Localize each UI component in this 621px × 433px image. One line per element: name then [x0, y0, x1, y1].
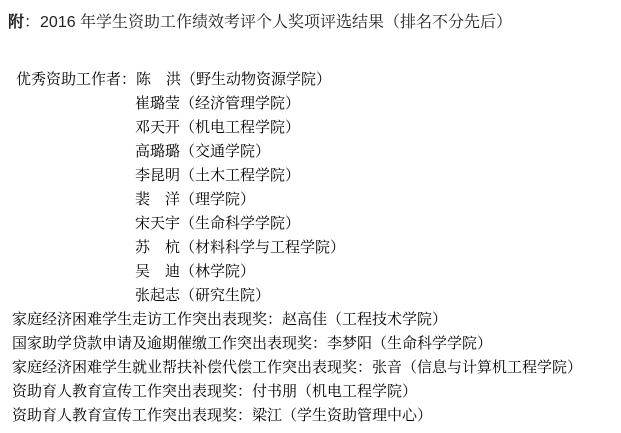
award-row: 家庭经济困难学生就业帮扶补偿代偿工作突出表现奖：张音（信息与计算机工程学院）: [0, 356, 621, 380]
excellent-worker-row: 张起志（研究生院）: [0, 284, 621, 308]
award-list: 优秀资助工作者：陈 洪（野生动物资源学院） 崔璐莹（经济管理学院） 邓天开（机电…: [0, 68, 621, 428]
winner-name: 苏 杭: [135, 240, 180, 256]
excellent-worker-row: 优秀资助工作者：陈 洪（野生动物资源学院）: [0, 68, 621, 92]
winner-name: 李梦阳: [327, 336, 372, 352]
winner-college: （生命科学学院）: [372, 336, 492, 352]
award-row: 家庭经济困难学生走访工作突出表现奖：赵高佳（工程技术学院）: [0, 308, 621, 332]
winner-college: （研究生院）: [180, 288, 270, 304]
winner-name: 赵高佳: [282, 312, 327, 328]
winner-name: 宋天宇: [135, 216, 180, 232]
winner-name: 付书朋: [252, 384, 297, 400]
section-label: 优秀资助工作者：: [16, 72, 136, 88]
excellent-worker-row: 李昆明（土木工程学院）: [0, 164, 621, 188]
winner-college: （机电工程学院）: [180, 120, 300, 136]
excellent-worker-row: 苏 杭（材料科学与工程学院）: [0, 236, 621, 260]
excellent-worker-row: 崔璐莹（经济管理学院）: [0, 92, 621, 116]
winner-name: 陈 洪: [136, 72, 181, 88]
winner-college: （信息与计算机工程学院）: [402, 360, 582, 376]
winner-college: （生命科学学院）: [180, 216, 300, 232]
award-label: 家庭经济困难学生走访工作突出表现奖：: [12, 312, 282, 328]
winner-college: （交通学院）: [180, 144, 270, 160]
title-text: ：2016 年学生资助工作绩效考评个人奖项评选结果（排名不分先后）: [24, 14, 512, 31]
award-row: 国家助学贷款申请及逾期催缴工作突出表现奖：李梦阳（生命科学学院）: [0, 332, 621, 356]
excellent-worker-row: 高璐璐（交通学院）: [0, 140, 621, 164]
excellent-worker-row: 宋天宇（生命科学学院）: [0, 212, 621, 236]
winner-college: （机电工程学院）: [297, 384, 417, 400]
title-prefix: 附: [8, 14, 24, 31]
award-label: 资助育人教育宣传工作突出表现奖：: [12, 384, 252, 400]
winner-name: 张音: [372, 360, 402, 376]
winner-college: （土木工程学院）: [180, 168, 300, 184]
winner-name: 吴 迪: [135, 264, 180, 280]
winner-name: 邓天开: [135, 120, 180, 136]
winner-college: （学生资助管理中心）: [282, 408, 432, 424]
winner-college: （理学院）: [180, 192, 255, 208]
winner-college: （经济管理学院）: [180, 96, 300, 112]
winner-name: 裴 洋: [135, 192, 180, 208]
award-row: 资助育人教育宣传工作突出表现奖：梁江（学生资助管理中心）: [0, 404, 621, 428]
award-label: 家庭经济困难学生就业帮扶补偿代偿工作突出表现奖：: [12, 360, 372, 376]
winner-college: （野生动物资源学院）: [181, 72, 331, 88]
award-label: 资助育人教育宣传工作突出表现奖：: [12, 408, 252, 424]
winner-college: （材料科学与工程学院）: [180, 240, 345, 256]
winner-name: 张起志: [135, 288, 180, 304]
winner-name: 梁江: [252, 408, 282, 424]
winner-college: （工程技术学院）: [327, 312, 447, 328]
excellent-worker-row: 吴 迪（林学院）: [0, 260, 621, 284]
winner-college: （林学院）: [180, 264, 255, 280]
excellent-worker-row: 邓天开（机电工程学院）: [0, 116, 621, 140]
excellent-worker-row: 裴 洋（理学院）: [0, 188, 621, 212]
page-title: 附：2016 年学生资助工作绩效考评个人奖项评选结果（排名不分先后）: [0, 0, 621, 34]
award-label: 国家助学贷款申请及逾期催缴工作突出表现奖：: [12, 336, 327, 352]
document-page: 附：2016 年学生资助工作绩效考评个人奖项评选结果（排名不分先后） 优秀资助工…: [0, 0, 621, 433]
winner-name: 崔璐莹: [135, 96, 180, 112]
winner-name: 高璐璐: [135, 144, 180, 160]
winner-name: 李昆明: [135, 168, 180, 184]
award-row: 资助育人教育宣传工作突出表现奖：付书朋（机电工程学院）: [0, 380, 621, 404]
